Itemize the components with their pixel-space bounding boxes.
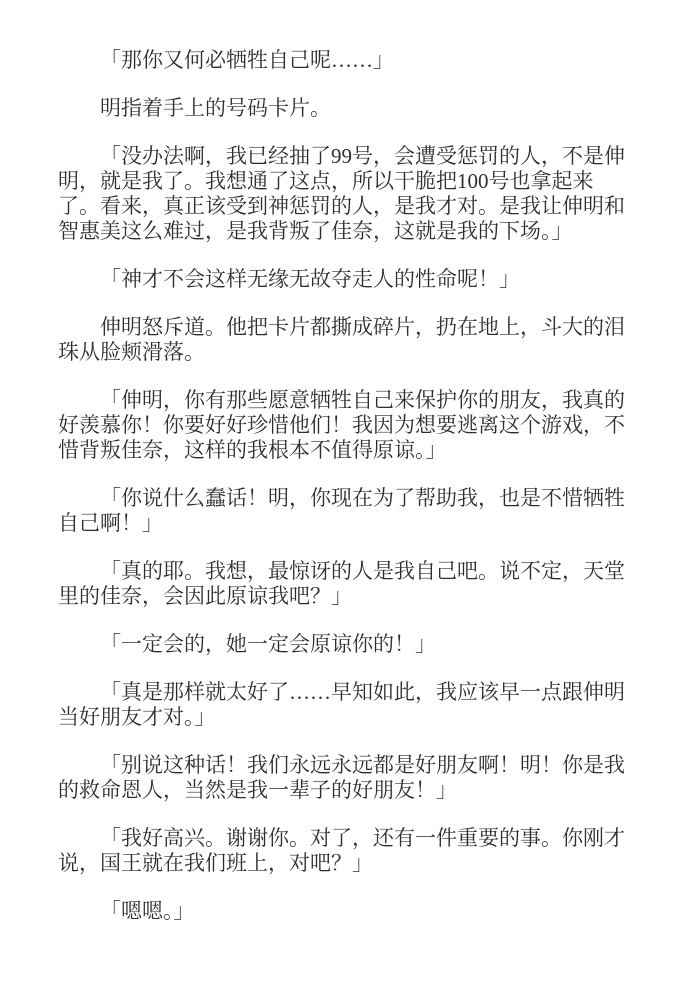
text-line: 了。看来，真正该受到神惩罚的人，是我才对。是我让伸明和 bbox=[58, 194, 642, 219]
paragraph: 「你说什么蠢话！明，你现在为了帮助我，也是不惜牺牲自己啊！」 bbox=[58, 486, 642, 536]
paragraph: 明指着手上的号码卡片。 bbox=[58, 96, 642, 121]
text-line: 「别说这种话！我们永远永远都是好朋友啊！明！你是我 bbox=[58, 753, 642, 778]
paragraph: 伸明怒斥道。他把卡片都撕成碎片，扔在地上，斗大的泪珠从脸颊滑落。 bbox=[58, 315, 642, 365]
text-line: 「真是那样就太好了……早知如此，我应该早一点跟伸明 bbox=[58, 680, 642, 705]
paragraph: 「我好高兴。谢谢你。对了，还有一件重要的事。你刚才说，国王就在我们班上，对吧？」 bbox=[58, 826, 642, 876]
text-line: 自己啊！」 bbox=[58, 511, 642, 536]
paragraph: 「真是那样就太好了……早知如此，我应该早一点跟伸明当好朋友才对。」 bbox=[58, 680, 642, 730]
paragraph: 「嗯嗯。」 bbox=[58, 899, 642, 924]
paragraph: 「伸明，你有那些愿意牺牲自己来保护你的朋友，我真的好羡慕你！你要好好珍惜他们！我… bbox=[58, 388, 642, 463]
text-line: 明，就是我了。我想通了这点，所以干脆把100号也拿起来 bbox=[58, 169, 642, 194]
book-page: 「那你又何必牺牲自己呢……」明指着手上的号码卡片。「没办法啊，我已经抽了99号，… bbox=[0, 0, 700, 992]
text-line: 当好朋友才对。」 bbox=[58, 705, 642, 730]
text-line: 「一定会的，她一定会原谅你的！」 bbox=[58, 632, 642, 657]
paragraph: 「真的耶。我想，最惊讶的人是我自己吧。说不定，天堂里的佳奈，会因此原谅我吧？」 bbox=[58, 559, 642, 609]
text-line: 里的佳奈，会因此原谅我吧？」 bbox=[58, 584, 642, 609]
text-line: 珠从脸颊滑落。 bbox=[58, 340, 642, 365]
text-line: 的救命恩人，当然是我一辈子的好朋友！」 bbox=[58, 778, 642, 803]
text-line: 明指着手上的号码卡片。 bbox=[58, 96, 642, 121]
text-line: 说，国王就在我们班上，对吧？」 bbox=[58, 851, 642, 876]
paragraph: 「没办法啊，我已经抽了99号，会遭受惩罚的人，不是伸明，就是我了。我想通了这点，… bbox=[58, 144, 642, 244]
text-line: 「嗯嗯。」 bbox=[58, 899, 642, 924]
text-line: 好羡慕你！你要好好珍惜他们！我因为想要逃离这个游戏，不 bbox=[58, 413, 642, 438]
text-line: 惜背叛佳奈，这样的我根本不值得原谅。」 bbox=[58, 438, 642, 463]
text-line: 「我好高兴。谢谢你。对了，还有一件重要的事。你刚才 bbox=[58, 826, 642, 851]
text-line: 「伸明，你有那些愿意牺牲自己来保护你的朋友，我真的 bbox=[58, 388, 642, 413]
text-line: 伸明怒斥道。他把卡片都撕成碎片，扔在地上，斗大的泪 bbox=[58, 315, 642, 340]
paragraph: 「一定会的，她一定会原谅你的！」 bbox=[58, 632, 642, 657]
paragraph: 「神才不会这样无缘无故夺走人的性命呢！」 bbox=[58, 267, 642, 292]
paragraph: 「别说这种话！我们永远永远都是好朋友啊！明！你是我的救命恩人，当然是我一辈子的好… bbox=[58, 753, 642, 803]
text-content: 「那你又何必牺牲自己呢……」明指着手上的号码卡片。「没办法啊，我已经抽了99号，… bbox=[0, 0, 700, 924]
text-line: 「那你又何必牺牲自己呢……」 bbox=[58, 48, 642, 73]
text-line: 「真的耶。我想，最惊讶的人是我自己吧。说不定，天堂 bbox=[58, 559, 642, 584]
text-line: 智惠美这么难过，是我背叛了佳奈，这就是我的下场。」 bbox=[58, 219, 642, 244]
paragraph: 「那你又何必牺牲自己呢……」 bbox=[58, 48, 642, 73]
text-line: 「你说什么蠢话！明，你现在为了帮助我，也是不惜牺牲 bbox=[58, 486, 642, 511]
text-line: 「神才不会这样无缘无故夺走人的性命呢！」 bbox=[58, 267, 642, 292]
text-line: 「没办法啊，我已经抽了99号，会遭受惩罚的人，不是伸 bbox=[58, 144, 642, 169]
